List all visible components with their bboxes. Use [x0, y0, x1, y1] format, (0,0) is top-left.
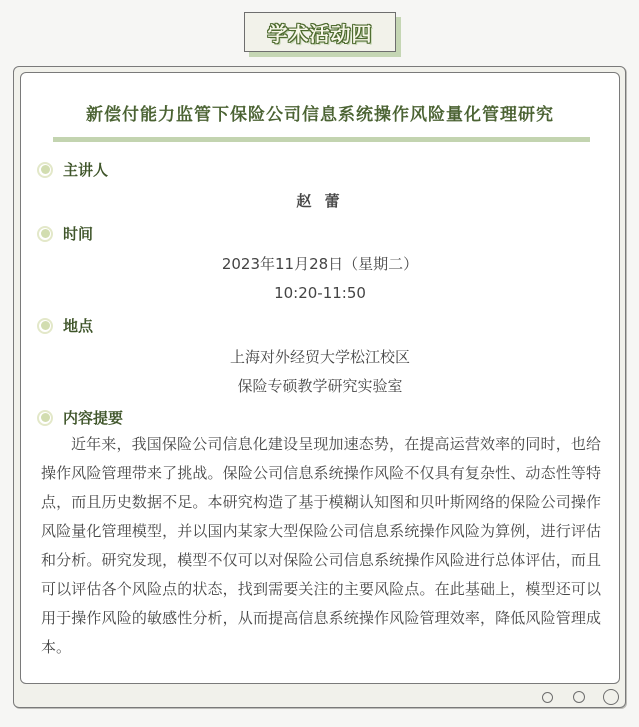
footer-decorations	[542, 689, 619, 705]
large-circle-icon	[603, 689, 619, 705]
section-time: 时间	[37, 223, 93, 244]
bullet-dot-icon	[37, 318, 53, 334]
bullet-dot-icon	[37, 162, 53, 178]
section-label-abstract: 内容提要	[63, 407, 123, 428]
title-underline	[53, 137, 590, 142]
event-date: 2023年11月28日（星期二）	[21, 253, 619, 274]
location-line-1: 上海对外经贸大学松江校区	[21, 346, 619, 367]
small-circle-icon	[573, 691, 585, 703]
section-abstract: 内容提要	[37, 407, 123, 428]
badge-box: 学术活动四	[244, 12, 396, 52]
activity-badge: 学术活动四	[244, 12, 396, 52]
section-label-time: 时间	[63, 223, 93, 244]
speaker-name: 赵 蕾	[21, 190, 619, 211]
bullet-dot-icon	[37, 226, 53, 242]
badge-label: 学术活动四	[268, 18, 373, 47]
abstract-text: 近年来，我国保险公司信息化建设呈现加速态势，在提高运营效率的同时，也给操作风险管…	[41, 430, 601, 662]
section-label-speaker: 主讲人	[63, 159, 108, 180]
event-hours: 10:20-11:50	[21, 284, 619, 302]
bullet-dot-icon	[37, 410, 53, 426]
small-circle-icon	[542, 692, 553, 703]
section-speaker: 主讲人	[37, 159, 108, 180]
content-card: 新偿付能力监管下保险公司信息系统操作风险量化管理研究 主讲人 赵 蕾 时间 20…	[20, 72, 620, 684]
lecture-title: 新偿付能力监管下保险公司信息系统操作风险量化管理研究	[21, 100, 619, 125]
section-label-location: 地点	[63, 315, 93, 336]
section-location: 地点	[37, 315, 93, 336]
location-line-2: 保险专硕教学研究实验室	[21, 375, 619, 396]
